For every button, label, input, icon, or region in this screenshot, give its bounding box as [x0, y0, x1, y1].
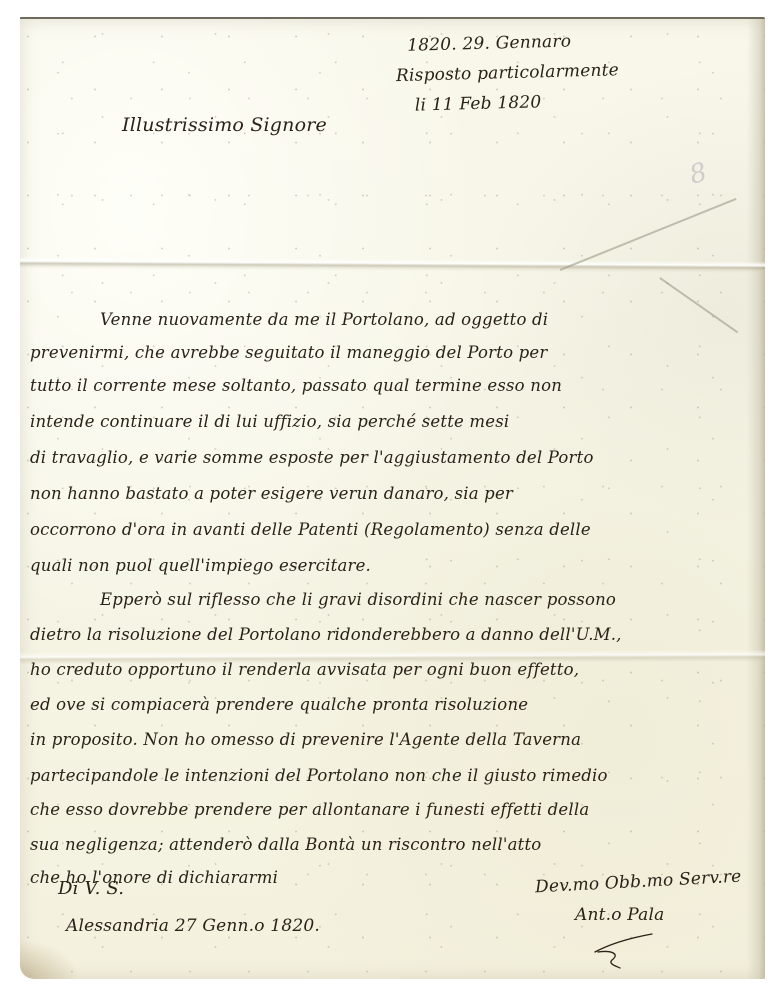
body-line: dietro la risoluzione del Portolano rido… — [30, 625, 622, 644]
archival-note: 1820. 29. Gennaro Risposto particolarmen… — [407, 25, 620, 120]
signer-name: Ant.o Pala — [575, 905, 664, 925]
body-line: sua negligenza; attenderò dalla Bontà un… — [30, 835, 541, 854]
salutation: Illustrissimo Signore — [122, 114, 327, 136]
paper-stain — [20, 939, 80, 979]
body-line: che esso dovrebbe prendere per allontana… — [30, 800, 589, 819]
archival-note-line: li 11 Feb 1820 — [414, 85, 620, 120]
body-line: ho creduto opportuno il renderla avvisat… — [30, 660, 579, 679]
paper-edge-shading — [747, 19, 765, 979]
body-line: partecipandole le intenzioni del Portola… — [30, 766, 608, 785]
place-and-date: Alessandria 27 Genn.o 1820. — [66, 916, 320, 936]
faded-pencil-mark: 8 — [686, 157, 710, 190]
diagonal-crease — [660, 277, 739, 333]
body-line: tutto il corrente mese soltanto, passato… — [30, 376, 562, 395]
body-line: ed ove si compiacerà prendere qualche pr… — [30, 695, 528, 714]
archival-note-line: Risposto particolarmente — [396, 55, 620, 91]
horizontal-fold-upper — [20, 257, 765, 274]
body-line: Epperò sul riflesso che li gravi disordi… — [100, 590, 616, 609]
signature-flourish-icon — [590, 930, 660, 970]
body-line: intende continuare il di lui uffizio, si… — [30, 412, 509, 431]
body-line: in proposito. Non ho omesso di prevenire… — [30, 730, 581, 749]
body-line: quali non puol quell'impiego esercitare. — [30, 556, 371, 575]
body-line: di travaglio, e varie somme esposte per … — [30, 448, 594, 467]
body-line: non hanno bastato a poter esigere verun … — [30, 484, 513, 503]
body-line: prevenirmi, che avrebbe seguitato il man… — [30, 343, 547, 362]
body-line: occorrono d'ora in avanti delle Patenti … — [30, 520, 591, 539]
diagonal-crease — [560, 198, 737, 271]
body-line: Venne nuovamente da me il Portolano, ad … — [100, 310, 548, 329]
addressee-abbreviation: Di V. S. — [58, 878, 124, 899]
